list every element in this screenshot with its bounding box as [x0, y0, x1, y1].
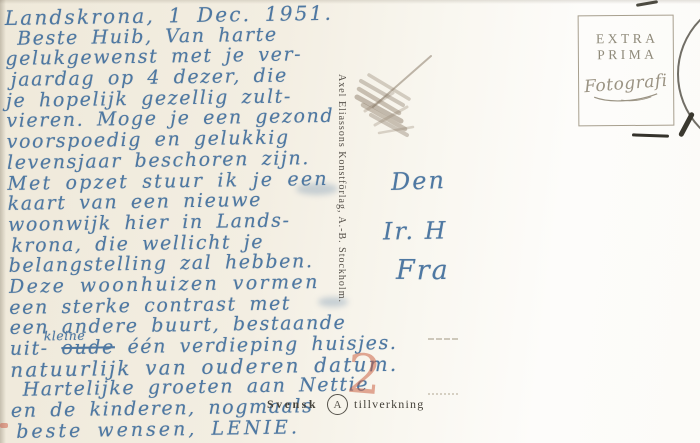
red-crayon-speck	[0, 423, 8, 428]
faded-address-rule	[428, 393, 458, 395]
maker-line: Svensk A tillverkning	[267, 394, 424, 415]
ink-smudge	[296, 183, 338, 195]
inserted-word: kleine	[44, 330, 86, 343]
stamp-box-word-extra: EXTRA	[596, 31, 659, 47]
monogram-a-icon: A	[327, 394, 348, 415]
postcard-scan: Landskrona, 1 Dec. 1951.Beste Huib, Van …	[0, 0, 700, 443]
message-line: beste wensen, LENIE.	[16, 416, 383, 442]
maker-word-tillverkning: tillverkning	[354, 397, 424, 412]
stamp-box-word-prima: PRIMA	[597, 47, 657, 63]
postmark-ink-blob-icon	[678, 111, 695, 137]
stamp-box: EXTRA PRIMA Fotografi	[578, 15, 675, 127]
maker-word-svensk: Svensk	[267, 397, 318, 412]
address-line-2: Ir. H	[383, 216, 448, 245]
handwritten-message: Landskrona, 1 Dec. 1951.Beste Huib, Van …	[5, 2, 384, 442]
address-line-1: Den	[391, 166, 447, 196]
postmark-dash-icon	[632, 133, 669, 137]
address-line-3: Fra	[396, 255, 450, 286]
publisher-imprint: Axel Eliassons Konstförlag, A.-B. Stockh…	[336, 74, 347, 342]
message-lines-top: Landskrona, 1 Dec. 1951.Beste Huib, Van …	[5, 2, 382, 339]
pencil-scribble-icon	[349, 49, 435, 139]
faded-address-rule	[428, 338, 458, 340]
